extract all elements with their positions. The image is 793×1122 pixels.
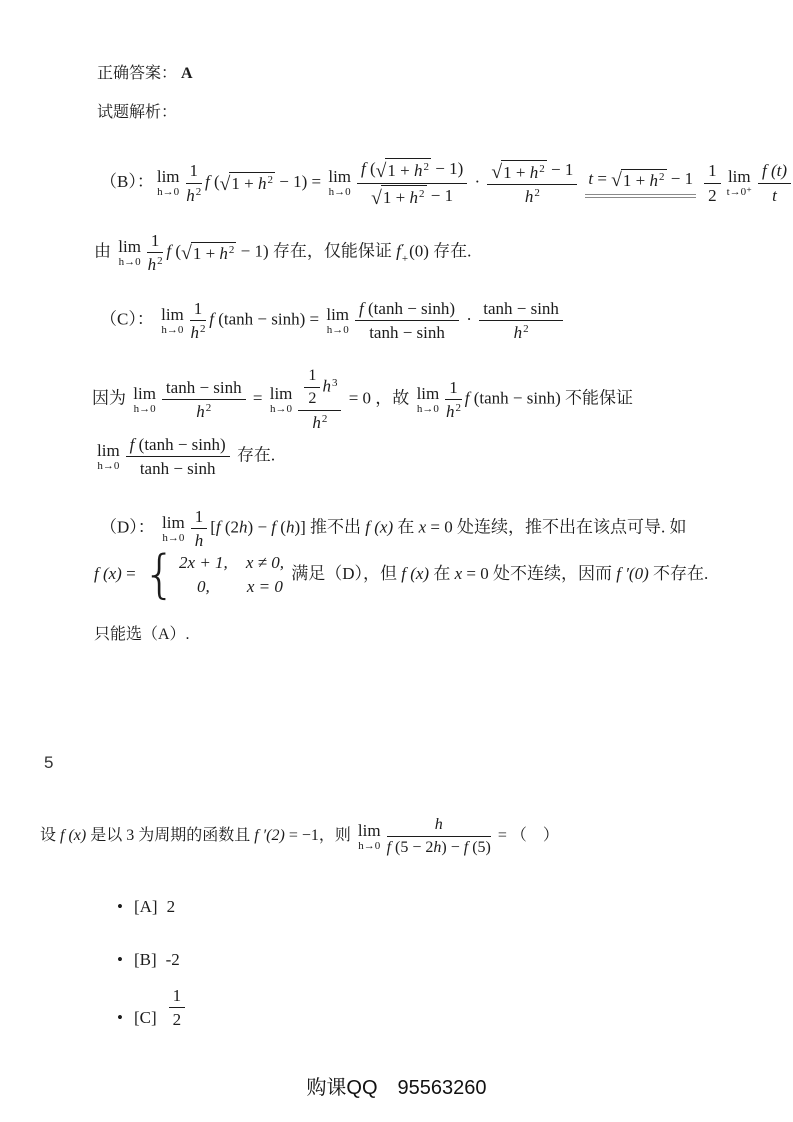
solution-line-piecewise: f (x) = {2x + 1,x ≠ 0,0,x = 0 满足（D），但 f … — [94, 553, 708, 597]
page: { "colors": { "background": "#ffffff", "… — [0, 0, 793, 1122]
option-c-label: [C] — [134, 1008, 157, 1031]
option-a-value: 2 — [167, 897, 176, 917]
solution-line-option-d: （D）： limh→01h[f (2h) − f (h)] 推不出 f (x) … — [100, 506, 687, 552]
solution-line-conclusion-b: 由 limh→01h2f (√1 + h2 − 1) 存在，仅能保证 f′+(0… — [94, 230, 471, 276]
option-c-value: 12 — [166, 985, 189, 1031]
correct-answer-label: 正确答案： — [97, 65, 177, 82]
option-b-label: [B] — [134, 950, 157, 970]
bullet-icon: • — [117, 950, 123, 970]
option-c: • [C] 12 — [117, 985, 188, 1031]
question-number: 5 — [44, 753, 53, 773]
option-b: • [B] -2 — [117, 950, 180, 970]
bullet-icon: • — [117, 897, 123, 917]
option-b-value: -2 — [166, 950, 180, 970]
footer-purchase-qq: 购课QQ 95563260 — [0, 1071, 793, 1100]
solution-line-only-a: 只能选（A）. — [94, 621, 190, 644]
correct-answer-value: A — [181, 65, 193, 82]
correct-answer-line: 正确答案： A — [97, 60, 193, 83]
solution-line-limit-exists: limh→0f (tanh − sinh)tanh − sinh 存在. — [94, 434, 275, 480]
bullet-icon: • — [117, 1008, 123, 1031]
option-a-label: [A] — [134, 897, 158, 917]
solution-line-option-b: （B）：limh→01h2f (√1 + h2 − 1) = limh→0f (… — [100, 158, 793, 208]
option-a: • [A] 2 — [117, 897, 175, 917]
solution-line-because: 因为 limh→0tanh − sinhh2 = limh→012h3h2 = … — [92, 366, 633, 434]
analysis-label: 试题解析： — [97, 99, 177, 122]
solution-line-option-c: （C）： limh→01h2f (tanh − sinh) = limh→0f … — [100, 298, 566, 344]
question-stem: 设 f (x) 是以 3 为周期的函数且 f ′(2) = −1，则 limh→… — [40, 815, 559, 858]
